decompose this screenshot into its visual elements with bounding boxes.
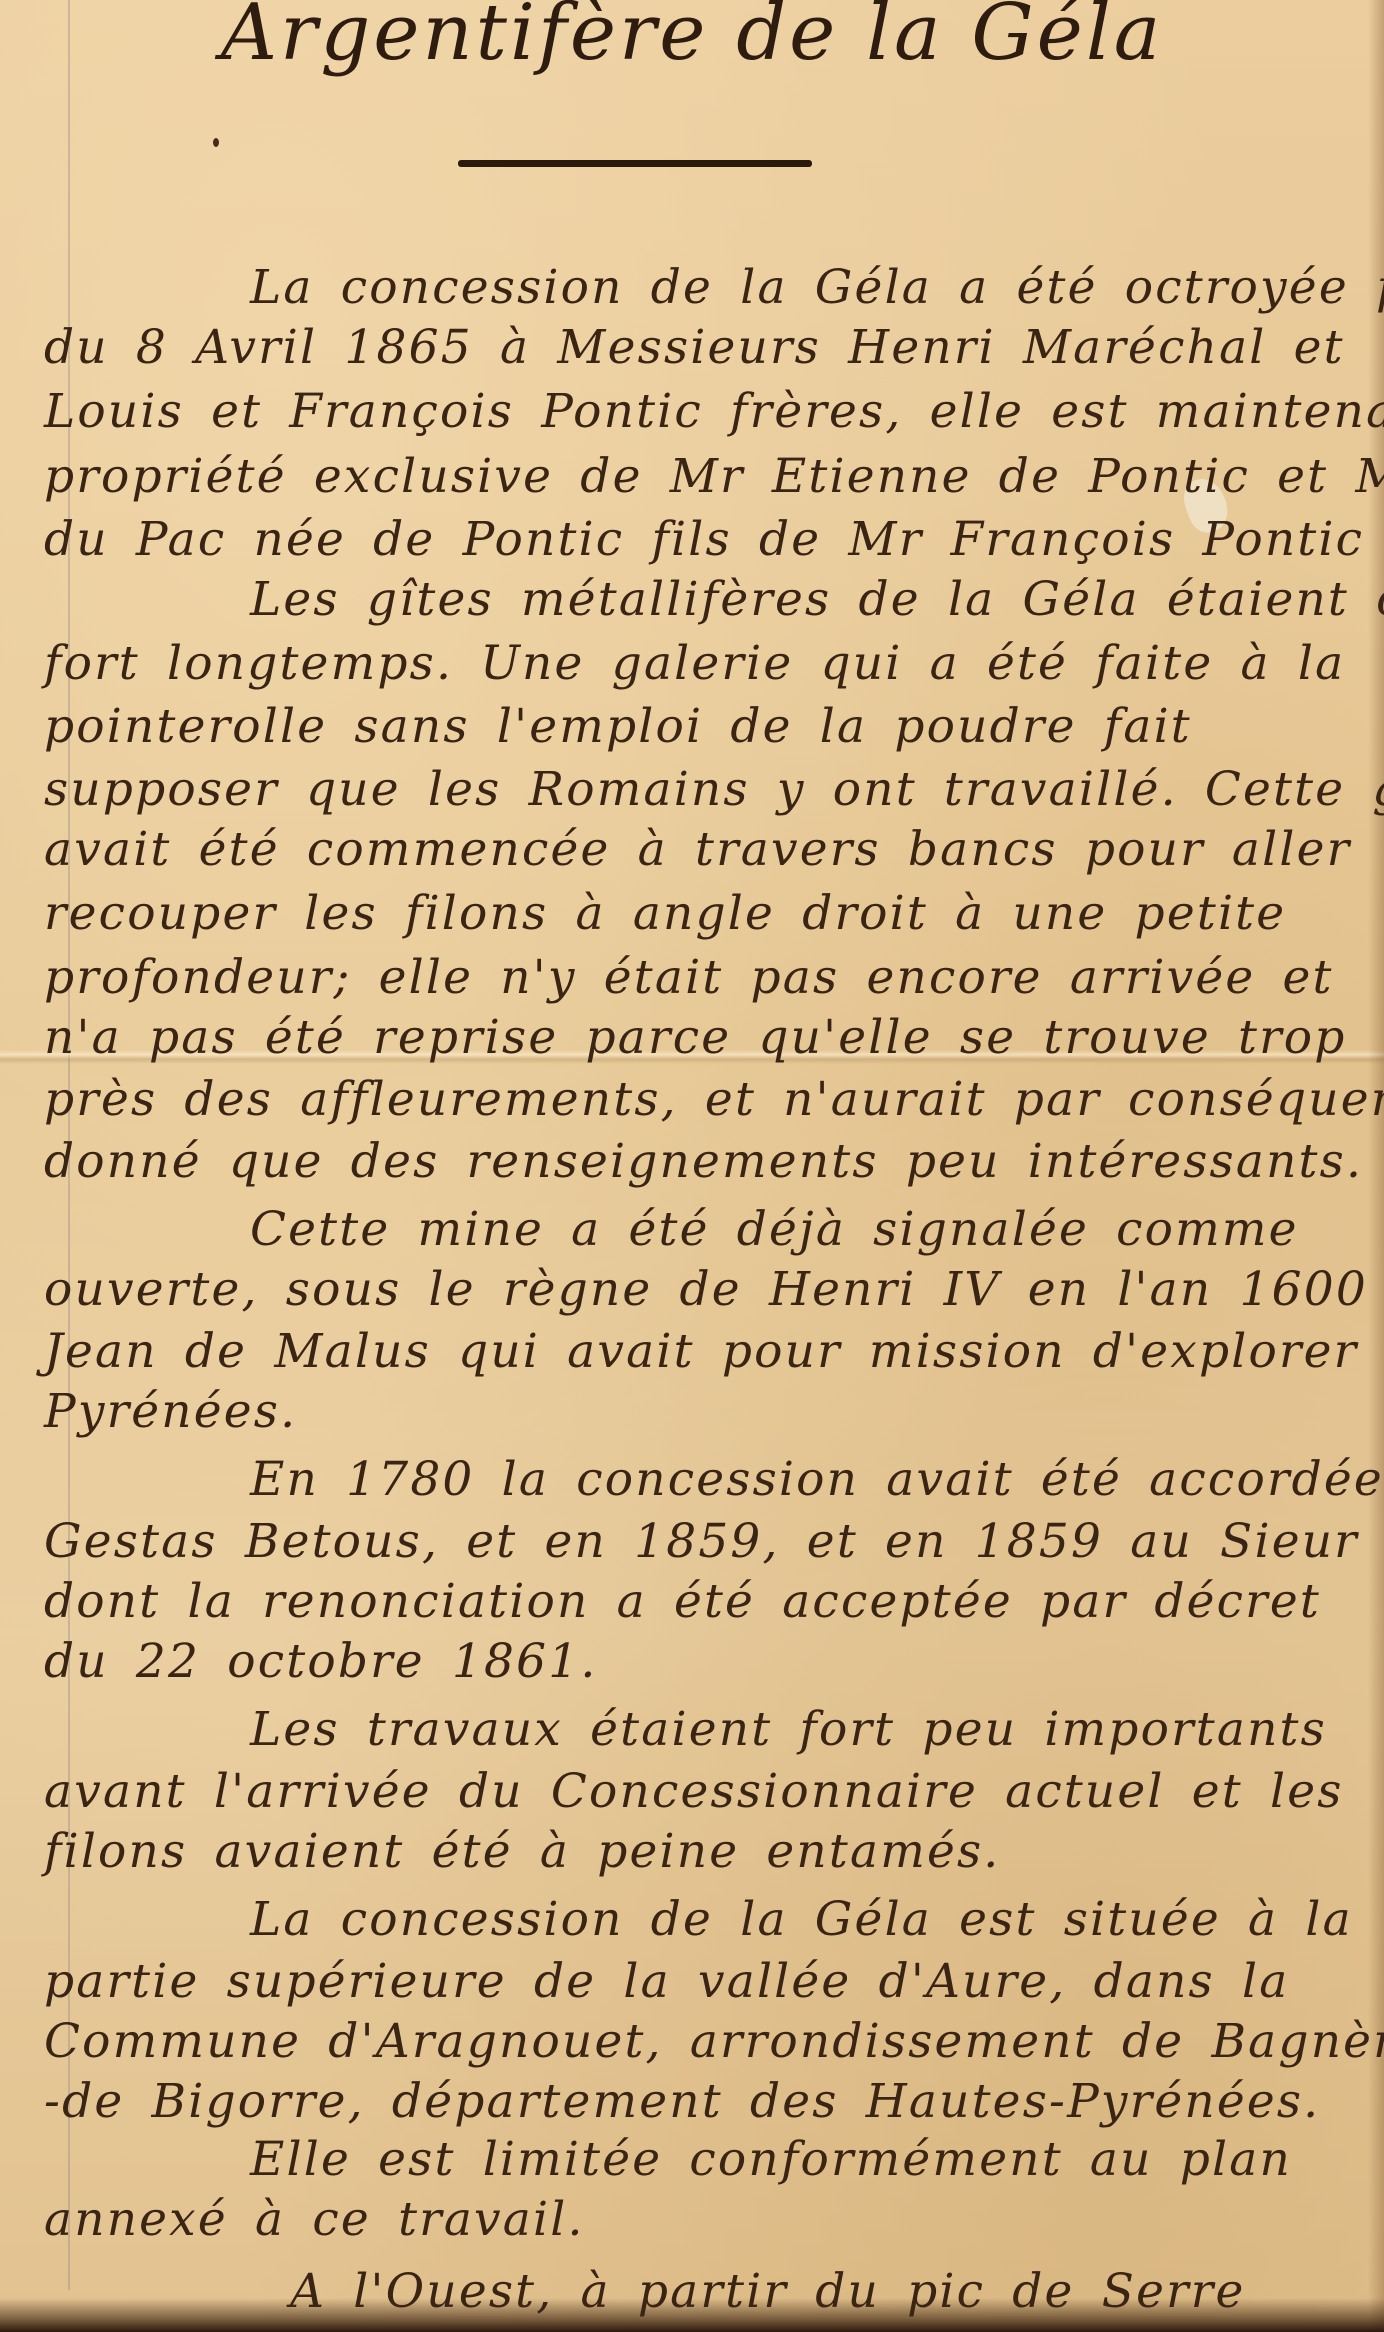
text-line: n'a pas été reprise parce qu'elle se tro… [44, 1008, 1364, 1068]
text-line: dont la renonciation a été acceptée par … [44, 1572, 1364, 1632]
text-line: supposer que les Romains y ont travaillé… [44, 760, 1364, 820]
text-line: Gestas Betous, et en 1859, et en 1859 au… [44, 1512, 1364, 1572]
text-line: Commune d'Aragnouet, arrondissement de B… [44, 2012, 1364, 2072]
text-line: propriété exclusive de Mr Etienne de Pon… [44, 447, 1364, 507]
text-line: profondeur; elle n'y était pas encore ar… [44, 948, 1364, 1008]
page-edge-shadow [1368, 0, 1384, 2332]
text-line: Jean de Malus qui avait pour mission d'e… [44, 1322, 1364, 1382]
text-line: Les travaux étaient fort peu importants [250, 1700, 1384, 1760]
manuscript-page: Argentifère de la Géla La concession de … [0, 0, 1384, 2332]
text-line: En 1780 la concession avait été accordée… [250, 1450, 1384, 1510]
text-line: filons avaient été à peine entamés. [44, 1822, 1364, 1882]
text-line: recouper les filons à angle droit à une … [44, 884, 1364, 944]
text-line: pointerolle sans l'emploi de la poudre f… [44, 697, 1364, 757]
text-line: Elle est limitée conformément au plan [250, 2130, 1384, 2190]
text-line: fort longtemps. Une galerie qui a été fa… [44, 634, 1364, 694]
text-line: du Pac née de Pontic fils de Mr François… [44, 510, 1364, 570]
text-line: Cette mine a été déjà signalée comme [250, 1200, 1384, 1260]
title-underline [458, 160, 812, 167]
text-line: annexé à ce travail. [44, 2190, 1364, 2250]
text-line: Louis et François Pontic frères, elle es… [44, 382, 1364, 442]
text-line: du 8 Avril 1865 à Messieurs Henri Maréch… [44, 318, 1364, 378]
text-line: partie supérieure de la vallée d'Aure, d… [44, 1952, 1364, 2012]
text-line: du 22 octobre 1861. [44, 1632, 1364, 1692]
text-line: La concession de la Géla a été octroyée … [250, 258, 1384, 318]
text-line: donné que des renseignements peu intéres… [44, 1132, 1364, 1192]
text-line: -de Bigorre, département des Hautes-Pyré… [44, 2072, 1364, 2132]
text-line: avait été commencée à travers bancs pour… [44, 820, 1364, 880]
text-line: ouverte, sous le règne de Henri IV en l'… [44, 1260, 1364, 1320]
ink-spot [213, 138, 219, 147]
text-line: avant l'arrivée du Concessionnaire actue… [44, 1762, 1364, 1822]
text-line: Pyrénées. [44, 1382, 1364, 1442]
text-line: près des affleurements, et n'aurait par … [44, 1070, 1364, 1130]
text-line: La concession de la Géla est située à la [250, 1890, 1384, 1950]
text-line: Les gîtes métallifères de la Géla étaien… [250, 570, 1384, 630]
text-line: A l'Ouest, à partir du pic de Serre [290, 2262, 1384, 2322]
document-title: Argentifère de la Géla [0, 0, 1384, 78]
